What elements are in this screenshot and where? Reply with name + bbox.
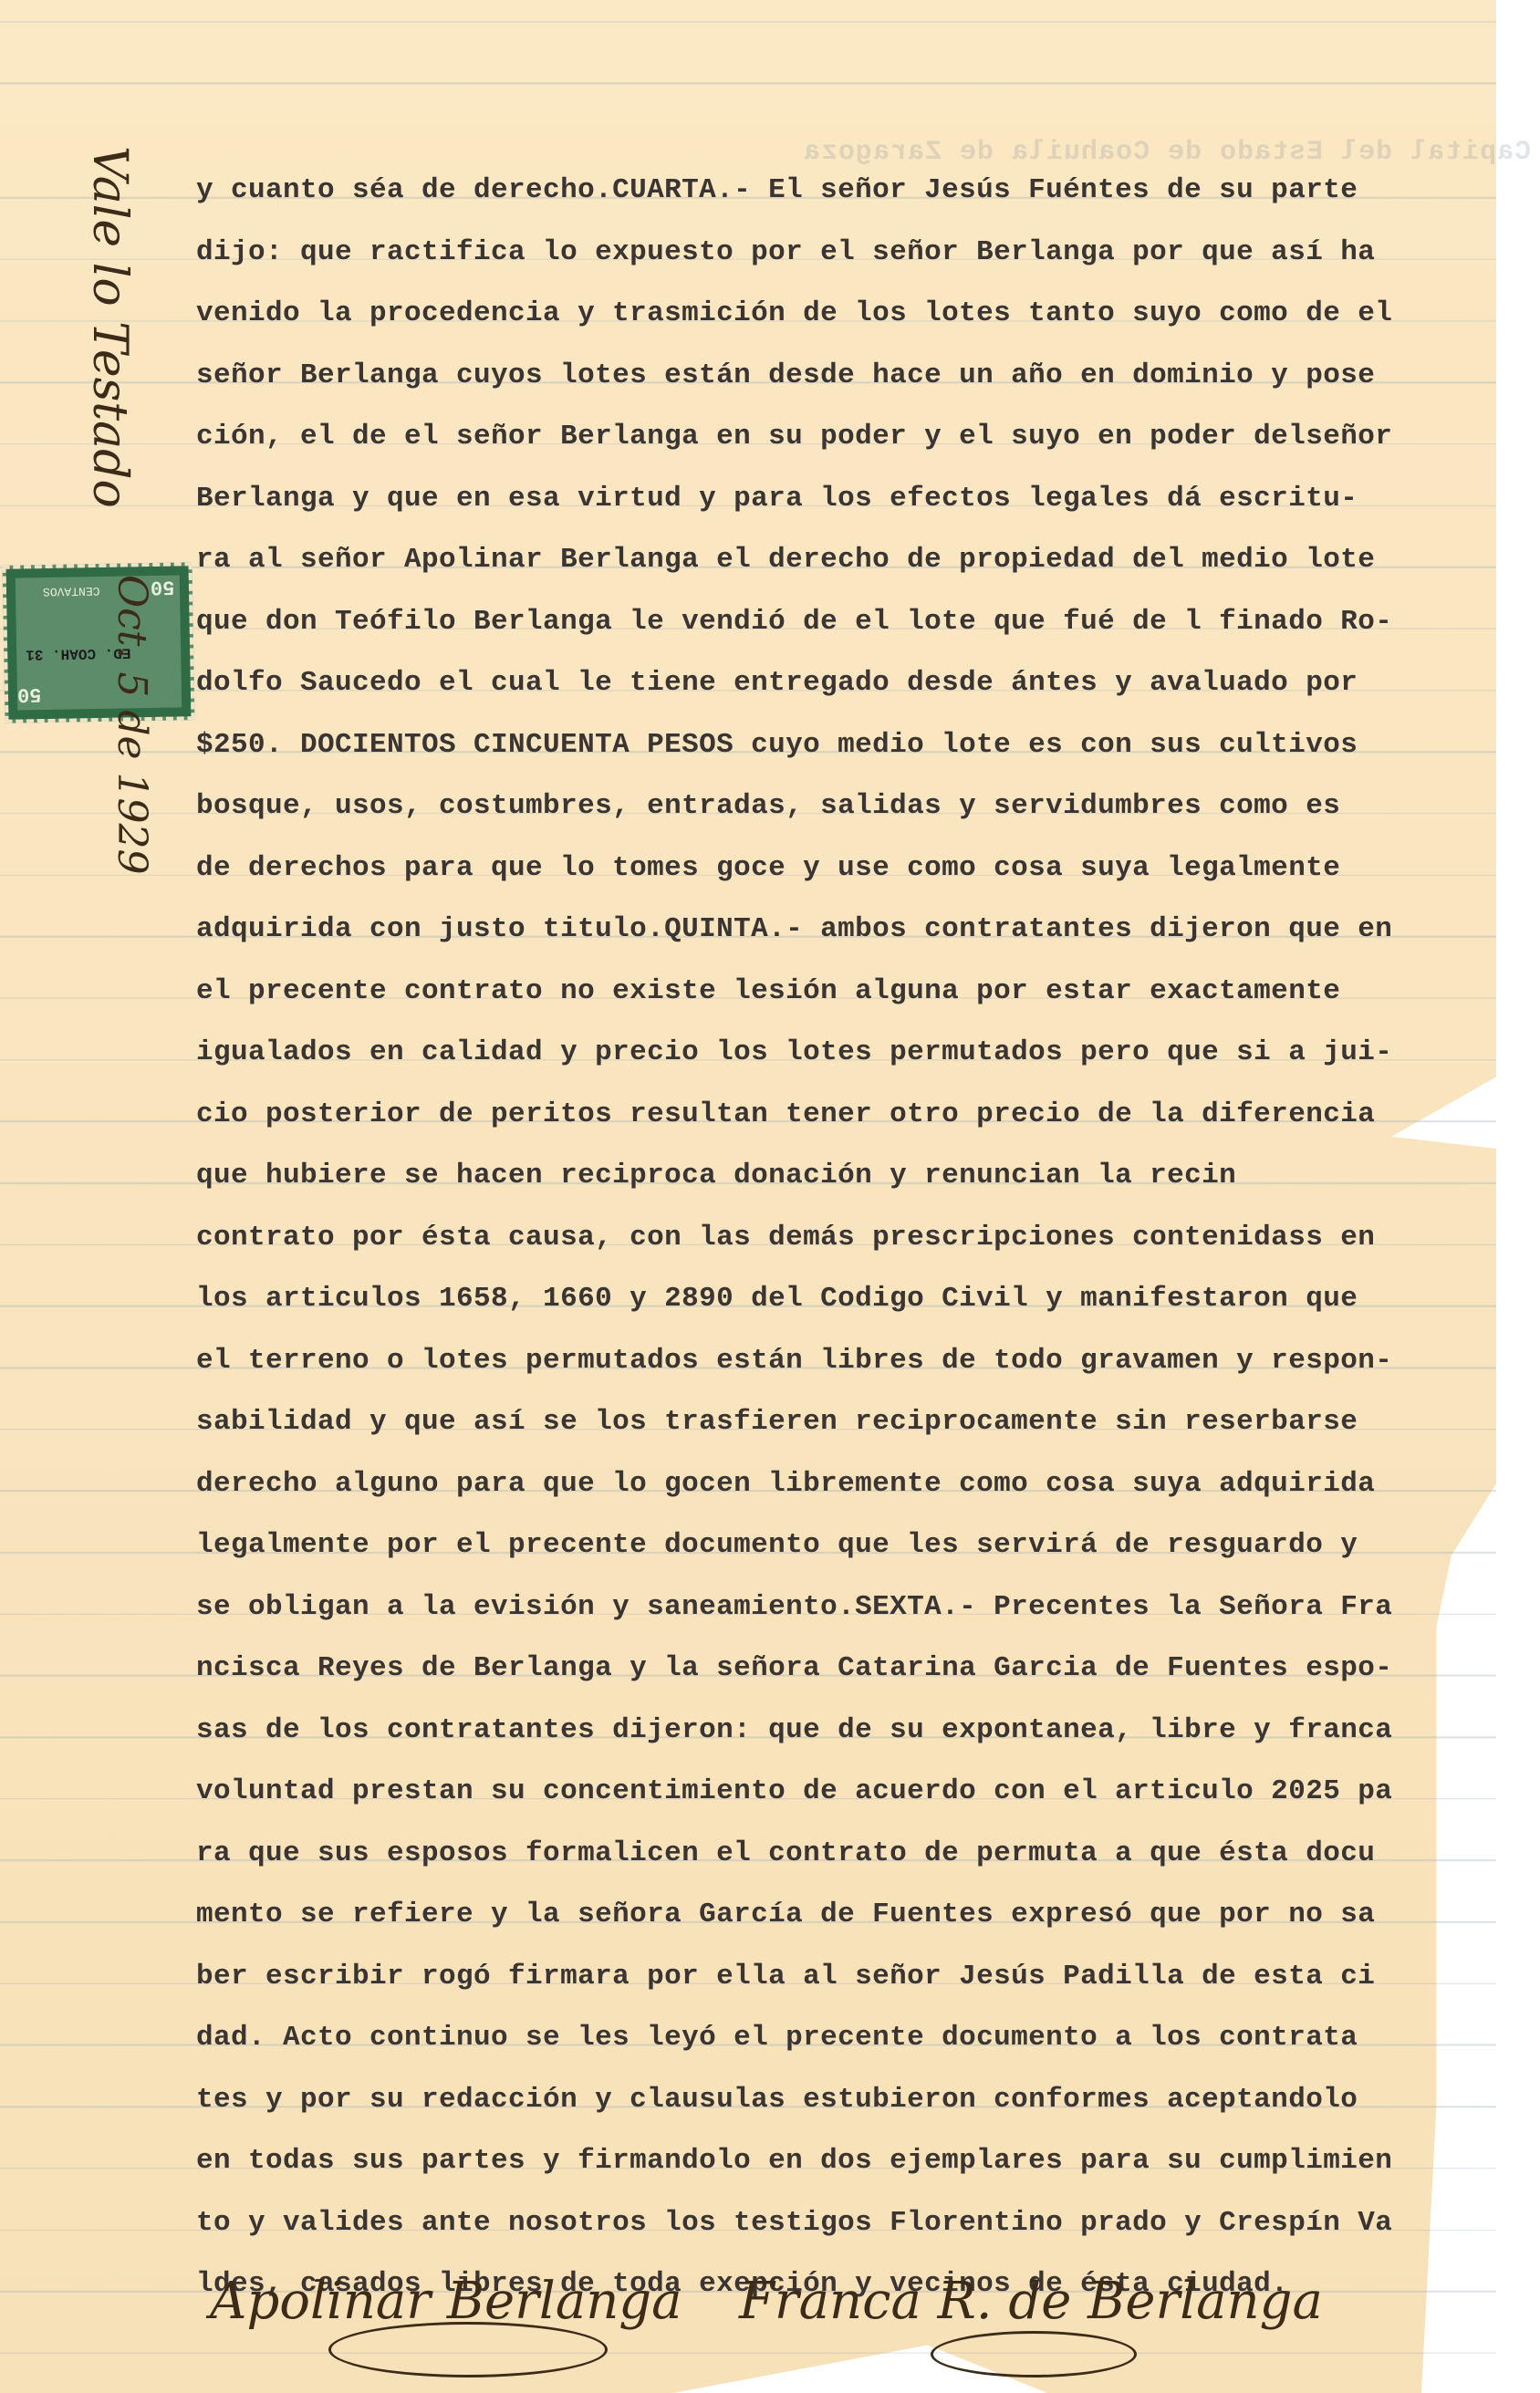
text-line: ra al señor Apolinar Berlanga el derecho… bbox=[196, 529, 1492, 591]
text-line: sabilidad y que así se los trasfieren re… bbox=[196, 1391, 1492, 1453]
stamp-value-left: 50 bbox=[17, 682, 42, 705]
text-line: de derechos para que lo tomes goce y use… bbox=[196, 838, 1492, 900]
text-line: ra que sus esposos formalicen el contrat… bbox=[196, 1823, 1492, 1885]
text-line: venido la procedencia y trasmición de lo… bbox=[196, 283, 1492, 345]
text-line: adquirida con justo titulo.QUINTA.- ambo… bbox=[196, 899, 1492, 961]
text-line: $250. DOCIENTOS CINCUENTA PESOS cuyo med… bbox=[196, 714, 1492, 776]
text-line: ción, el de el señor Berlanga en su pode… bbox=[196, 406, 1492, 468]
revenue-stamp: 50 50 CENTAVOS ED. COAH. 31 bbox=[3, 562, 195, 723]
text-line: cio posterior de peritos resultan tener … bbox=[196, 1084, 1492, 1146]
stamp-label: CENTAVOS bbox=[43, 584, 100, 598]
text-line: ber escribir rogó firmara por ella al se… bbox=[196, 1946, 1492, 2008]
text-line: igualados en calidad y precio los lotes … bbox=[196, 1022, 1492, 1084]
text-line: ncisca Reyes de Berlanga y la señora Cat… bbox=[196, 1638, 1492, 1700]
text-line: sas de los contratantes dijeron: que de … bbox=[196, 1700, 1492, 1762]
text-line: mento se refiere y la señora García de F… bbox=[196, 1884, 1492, 1946]
text-line: los articulos 1658, 1660 y 2890 del Codi… bbox=[196, 1268, 1492, 1330]
contract-body: y cuanto séa de derecho.CUARTA.- El seño… bbox=[196, 160, 1492, 2315]
text-line: voluntad prestan su concentimiento de ac… bbox=[196, 1761, 1492, 1823]
text-line: dolfo Saucedo el cual le tiene entregado… bbox=[196, 652, 1492, 714]
margin-annotation-date: Oct. 5 de 1929 bbox=[109, 575, 155, 875]
text-line: contrato por ésta causa, con las demás p… bbox=[196, 1207, 1492, 1269]
text-line: bosque, usos, costumbres, entradas, sali… bbox=[196, 775, 1492, 838]
text-line: dad. Acto continuo se les leyó el precen… bbox=[196, 2007, 1492, 2069]
margin-annotation-vale: Vale lo Testado bbox=[82, 146, 137, 508]
text-line: to y valides ante nosotros los testigos … bbox=[196, 2192, 1492, 2254]
text-line: en todas sus partes y firmandolo en dos … bbox=[196, 2130, 1492, 2192]
signature-flourish bbox=[328, 2322, 608, 2377]
text-line: y cuanto séa de derecho.CUARTA.- El seño… bbox=[196, 160, 1492, 222]
signature-francisca: Franca R. de Berlanga bbox=[739, 2272, 1323, 2331]
text-line: el precente contrato no existe lesión al… bbox=[196, 961, 1492, 1023]
text-line: que hubiere se hacen reciproca donación … bbox=[196, 1145, 1492, 1207]
text-line: legalmente por el precente documento que… bbox=[196, 1514, 1492, 1576]
text-line: se obligan a la evisión y saneamiento.SE… bbox=[196, 1576, 1492, 1639]
text-line: dijo: que ractifica lo expuesto por el s… bbox=[196, 222, 1492, 284]
text-line: Berlanga y que en esa virtud y para los … bbox=[196, 468, 1492, 530]
text-line: derecho alguno para que lo gocen libreme… bbox=[196, 1453, 1492, 1515]
signature-block: Apolinar Berlanga Franca R. de Berlanga bbox=[210, 2272, 1487, 2381]
text-line: tes y por su redacción y clausulas estub… bbox=[196, 2069, 1492, 2131]
signature-flourish bbox=[931, 2331, 1137, 2377]
text-line: señor Berlanga cuyos lotes están desde h… bbox=[196, 345, 1492, 407]
text-line: que don Teófilo Berlanga le vendió de el… bbox=[196, 591, 1492, 653]
text-line: el terreno o lotes permutados están libr… bbox=[196, 1330, 1492, 1392]
